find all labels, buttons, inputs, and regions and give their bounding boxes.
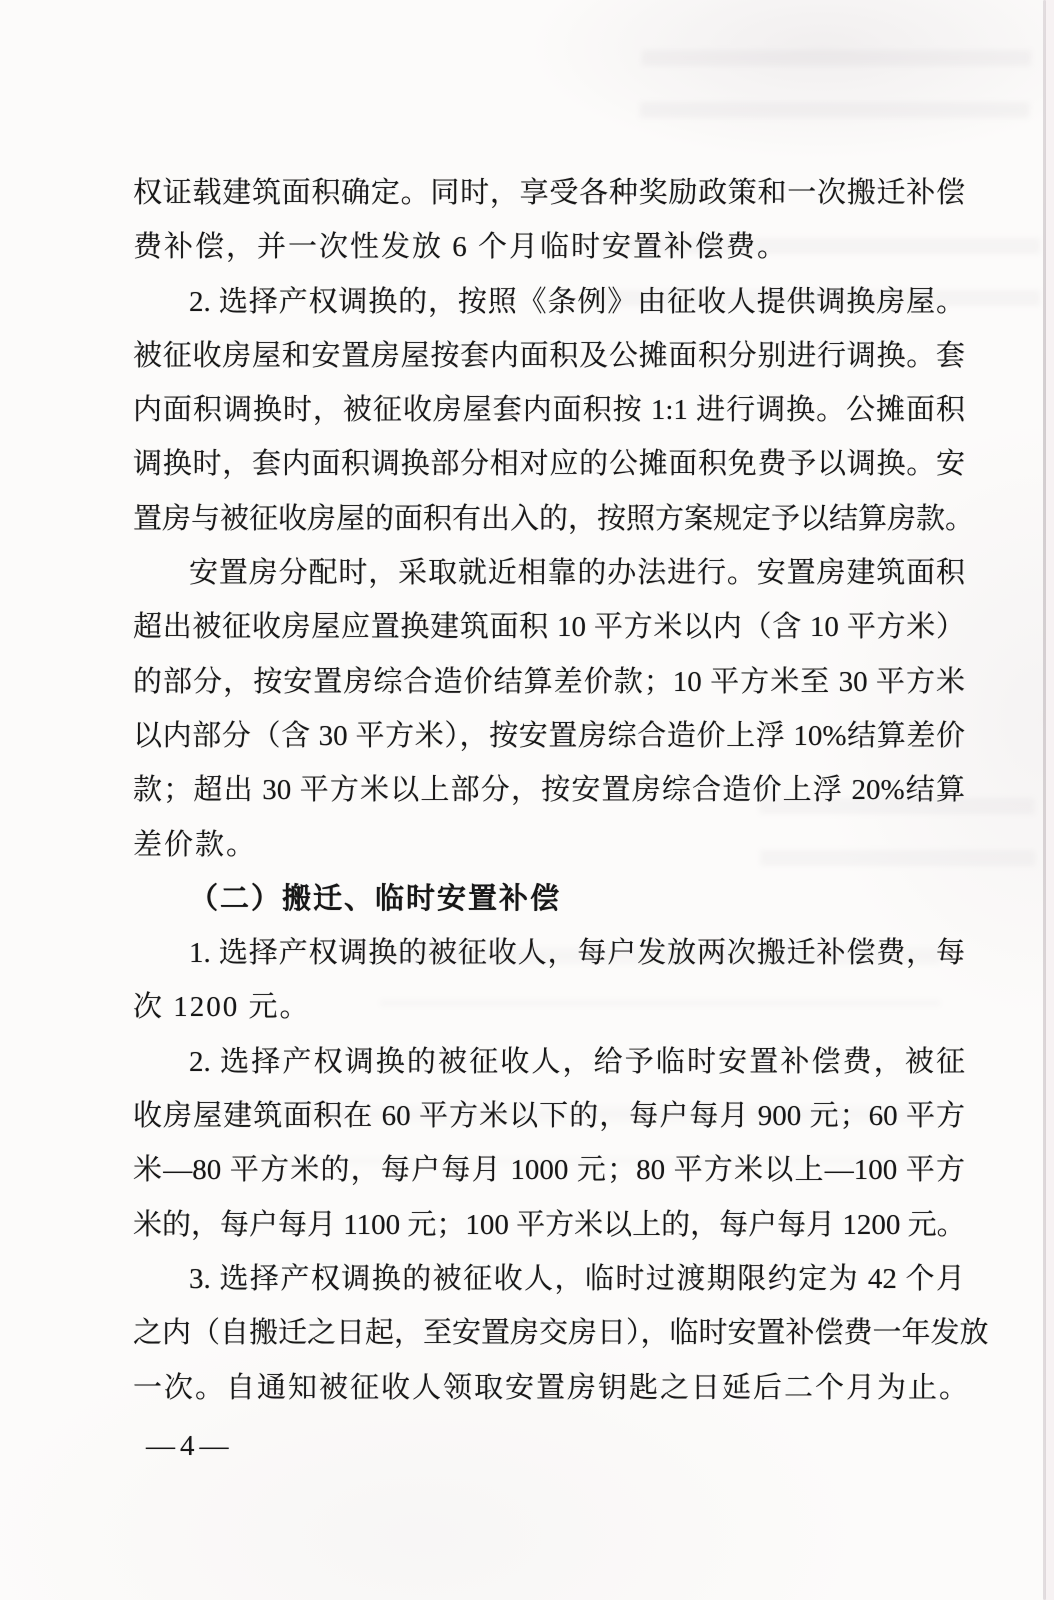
bleed-through-smudge (638, 50, 1031, 146)
text-line: 2. 选择产权调换的被征收人，给予临时安置补偿费，被征 (133, 1035, 965, 1089)
text-line: 1. 选择产权调换的被征收人，每户发放两次搬迁补偿费，每 (133, 926, 965, 980)
text-line: 内面积调换时，被征收房屋套内面积按 1:1 进行调换。公摊面积 (133, 383, 965, 437)
document-body-text: 权证载建筑面积确定。同时，享受各种奖励政策和一次搬迁补偿费补偿，并一次性发放 6… (133, 166, 965, 1415)
text-line: 3. 选择产权调换的被征收人，临时过渡期限约定为 42 个月 (133, 1252, 965, 1306)
text-line: 调换时，套内面积调换部分相对应的公摊面积免费予以调换。安 (133, 437, 965, 491)
text-line: 差价款。 (133, 818, 965, 872)
text-line: 的部分，按安置房综合造价结算差价款；10 平方米至 30 平方米 (133, 655, 965, 709)
text-line: 安置房分配时，采取就近相靠的办法进行。安置房建筑面积 (133, 546, 965, 600)
scan-edge-shadow (1043, 0, 1046, 1600)
text-line: 超出被征收房屋应置换建筑面积 10 平方米以内（含 10 平方米） (133, 600, 965, 654)
text-line: 权证载建筑面积确定。同时，享受各种奖励政策和一次搬迁补偿 (133, 166, 965, 220)
text-line: 置房与被征收房屋的面积有出入的，按照方案规定予以结算房款。 (133, 492, 965, 546)
page-number: —4— (146, 1428, 234, 1464)
text-line: 米的，每户每月 1100 元；100 平方米以上的，每户每月 1200 元。 (133, 1198, 965, 1252)
section-heading: （二）搬迁、临时安置补偿 (133, 872, 965, 926)
text-line: 以内部分（含 30 平方米），按安置房综合造价上浮 10%结算差价 (133, 709, 965, 763)
text-line: 一次。自通知被征收人领取安置房钥匙之日延后二个月为止。 (133, 1361, 965, 1415)
scanned-document-page: 权证载建筑面积确定。同时，享受各种奖励政策和一次搬迁补偿费补偿，并一次性发放 6… (0, 0, 1054, 1600)
text-line: 费补偿，并一次性发放 6 个月临时安置补偿费。 (133, 220, 965, 274)
text-line: 收房屋建筑面积在 60 平方米以下的，每户每月 900 元；60 平方 (133, 1089, 965, 1143)
text-line: 2. 选择产权调换的，按照《条例》由征收人提供调换房屋。 (133, 275, 965, 329)
text-line: 次 1200 元。 (133, 980, 965, 1034)
text-line: 被征收房屋和安置房屋按套内面积及公摊面积分别进行调换。套 (133, 329, 965, 383)
scan-page-edge (1045, 0, 1054, 1600)
text-line: 米—80 平方米的，每户每月 1000 元；80 平方米以上—100 平方 (133, 1143, 965, 1197)
text-line: 款；超出 30 平方米以上部分，按安置房综合造价上浮 20%结算 (133, 763, 965, 817)
text-line: 之内（自搬迁之日起，至安置房交房日），临时安置补偿费一年发放 (133, 1306, 965, 1360)
